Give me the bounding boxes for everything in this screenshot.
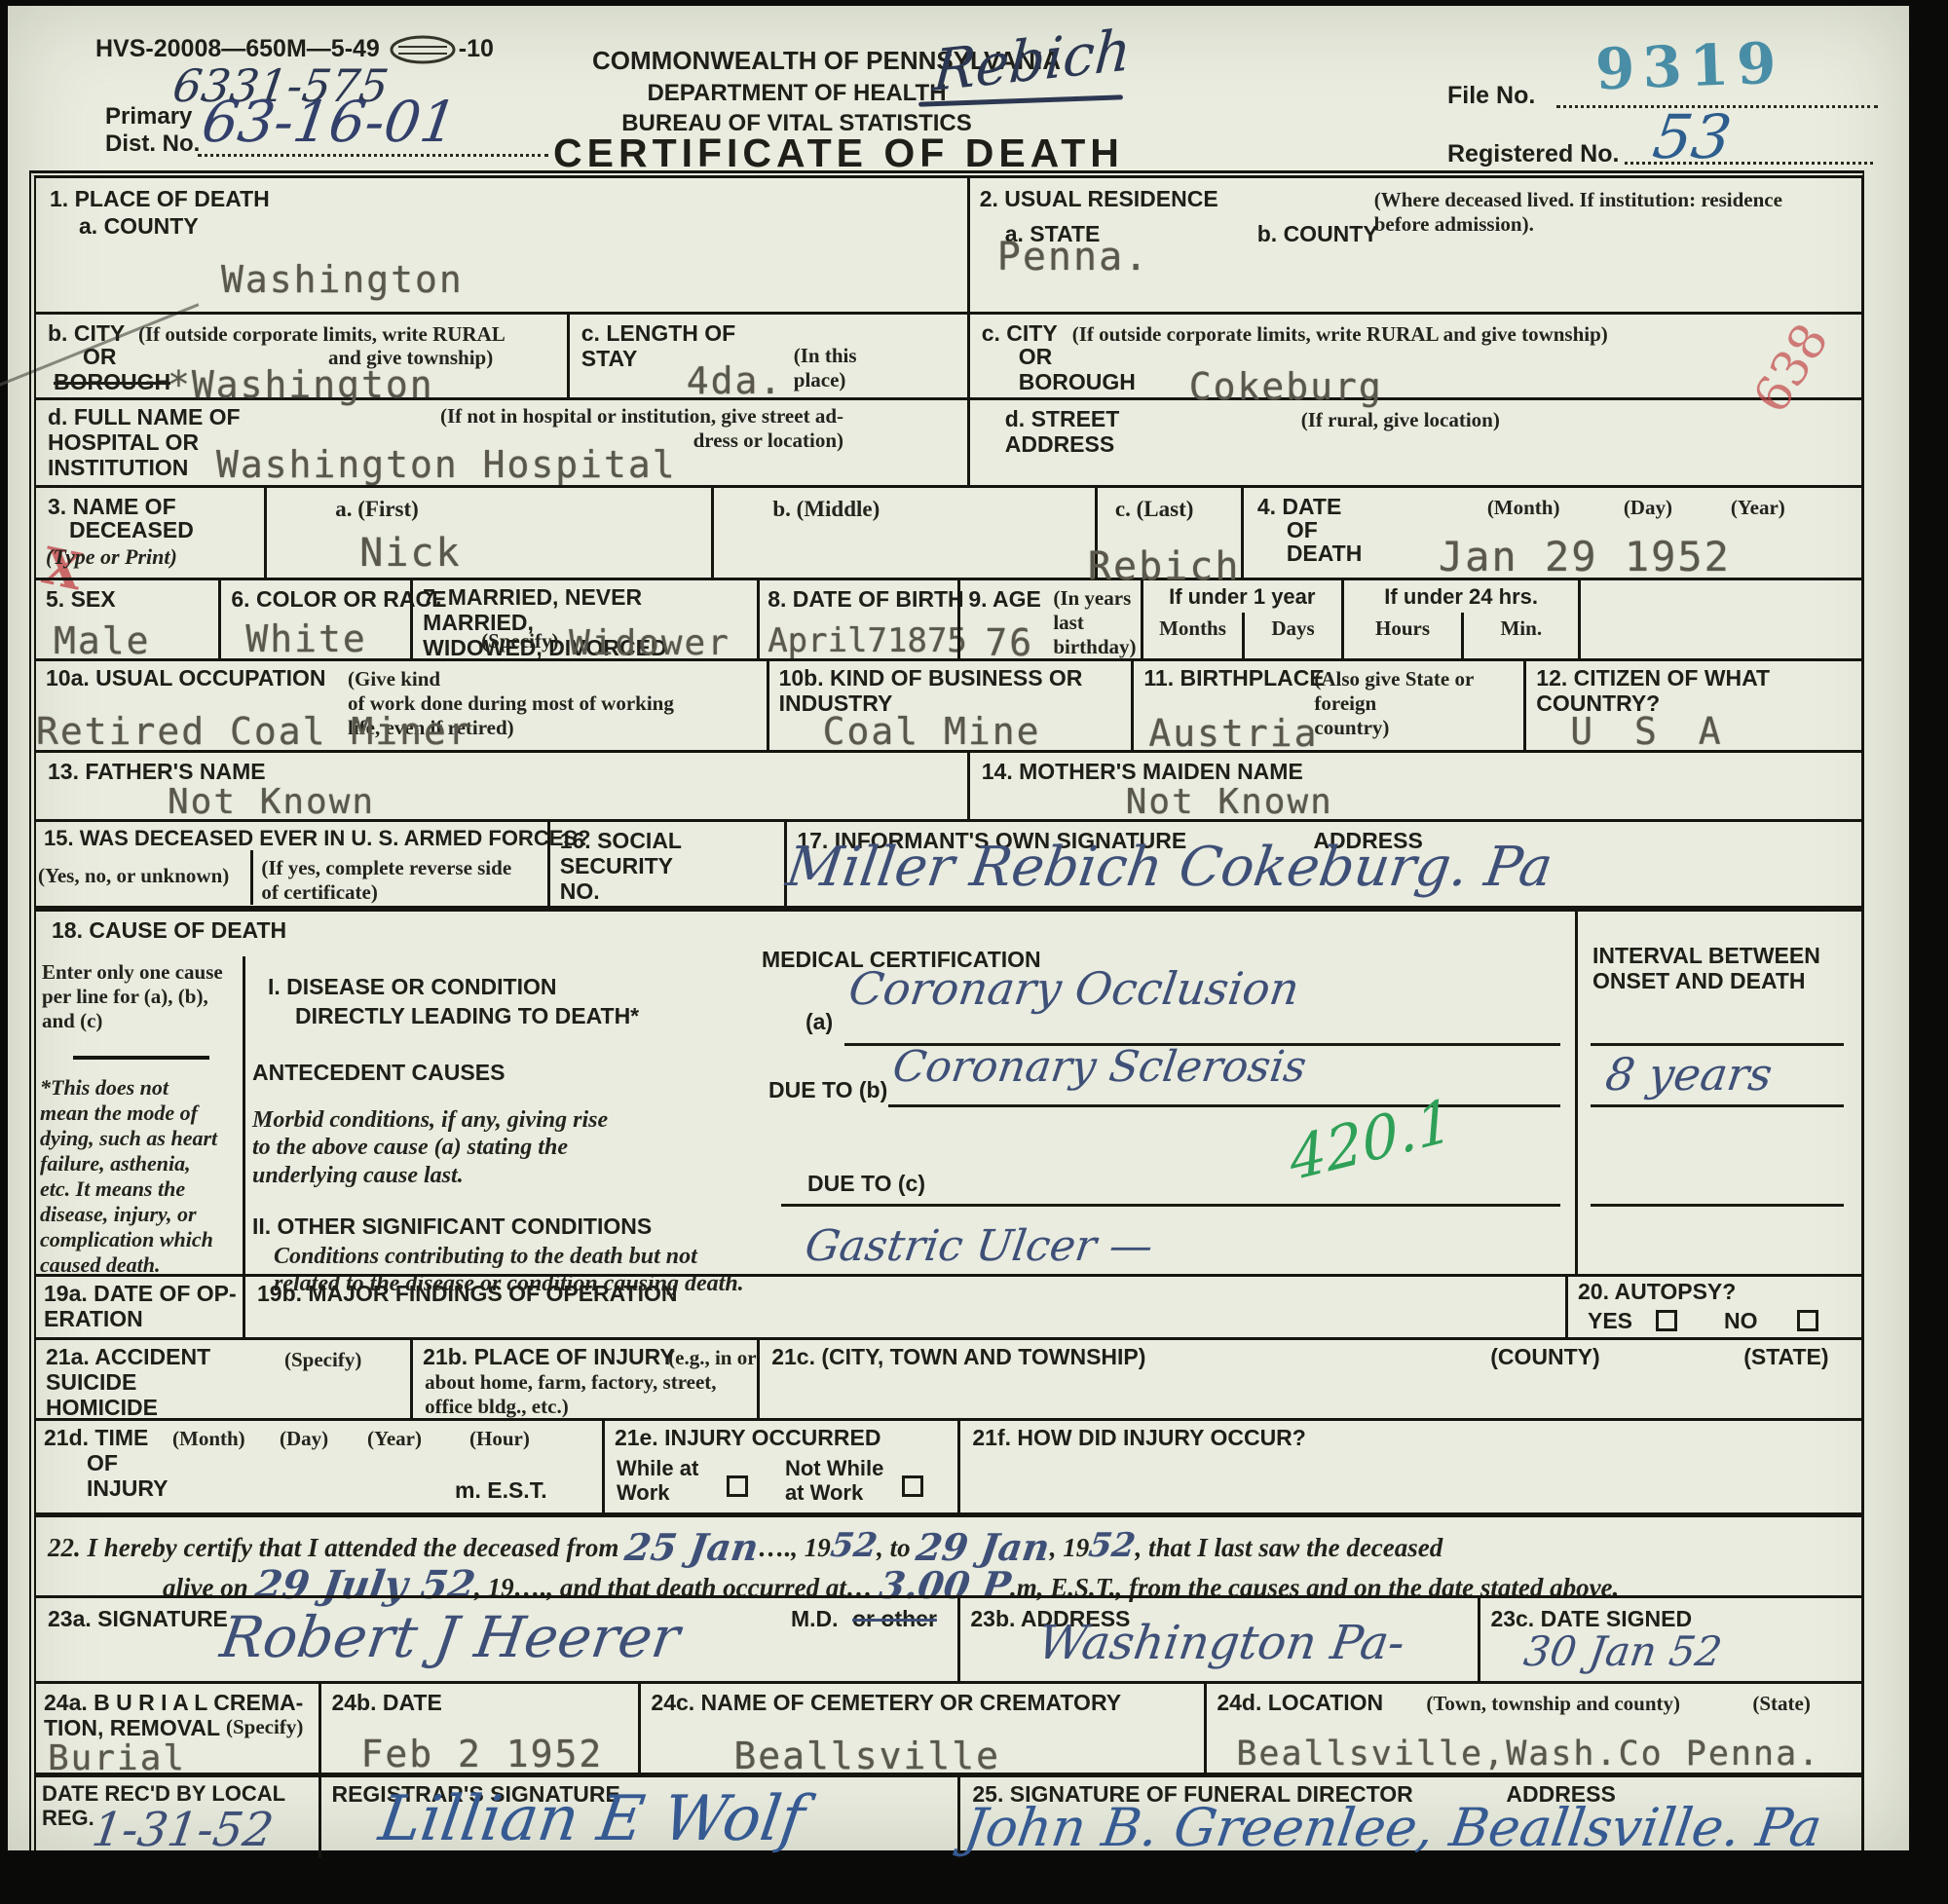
field-major-findings: 19b. MAJOR FINDINGS OF OPERATION xyxy=(243,1277,1565,1337)
checkbox-while-at-work xyxy=(727,1475,748,1497)
field-birthplace: 11. BIRTHPLACE (Also give State or forei… xyxy=(1131,661,1523,750)
s21d-t1: 21d. TIME xyxy=(44,1425,148,1450)
certificate-title: CERTIFICATE OF DEATH xyxy=(553,131,1040,176)
cause-b-line xyxy=(888,1104,1560,1107)
field-cemetery-name: 24c. NAME OF CEMETERY OR CREMATORY Beall… xyxy=(638,1684,1204,1773)
field-date-of-operation: 19a. DATE OF OP- ERATION xyxy=(36,1277,243,1337)
row-cause-of-death: 18. CAUSE OF DEATH Enter only one cause … xyxy=(36,906,1861,1274)
s1b-note1: (If outside corporate limits, write RURA… xyxy=(138,322,506,347)
field-ssn: 16. SOCIAL SECURITY NO. xyxy=(547,822,785,906)
s4-day-label: (Day) xyxy=(1624,496,1672,520)
cause-c-code: 420.1 xyxy=(1287,1086,1456,1195)
s21c-state: (STATE) xyxy=(1743,1344,1828,1369)
s1-title: 1. PLACE OF DEATH xyxy=(50,186,270,211)
s23a-label: 23a. SIGNATURE xyxy=(48,1606,228,1631)
checkbox-not-while-at-work xyxy=(902,1475,923,1497)
s2c-borough-label: BOROUGH xyxy=(1019,369,1136,394)
s3b-label: b. (Middle) xyxy=(772,496,880,522)
row-certify-statement: 22. I hereby certify that I attended the… xyxy=(36,1512,1861,1595)
field-last-name: c. (Last) Rebich xyxy=(1095,488,1241,578)
certify-hw-year2: 52 xyxy=(1086,1526,1138,1565)
s18-b-label: DUE TO (b) xyxy=(768,1077,887,1102)
field-sex: 5. SEX Male xyxy=(36,580,218,658)
s4-value: Jan 29 1952 xyxy=(1439,533,1731,580)
s1d-label: d. FULL NAME OF HOSPITAL OR INSTITUTION xyxy=(48,404,241,481)
s4-title2: OF xyxy=(1287,517,1318,542)
interval-b-line xyxy=(1591,1104,1844,1107)
field-registrar-signature: REGISTRAR'S SIGNATURE Lillian E Wolf xyxy=(318,1777,957,1858)
s15-note1: (Yes, no, or unknown) xyxy=(36,850,250,905)
funeral-director-signature: John B. Greenlee, Beallsville. Pa xyxy=(961,1797,1826,1858)
s3a-value: Nick xyxy=(359,531,461,576)
field-residence-state-county: 2. USUAL RESIDENCE (Where deceased lived… xyxy=(970,178,1861,315)
s2c-label: c. CITY xyxy=(982,320,1058,346)
row-registrar: DATE REC'D BY LOCAL REG. 1-31-52 REGISTR… xyxy=(36,1773,1861,1858)
field-county-of-death: 1. PLACE OF DEATH a. COUNTY Washington xyxy=(36,178,967,315)
s3-title1: 3. NAME OF xyxy=(48,494,176,519)
section-22: 22. I hereby certify that I attended the… xyxy=(36,1517,1861,1595)
s11-value: Austria xyxy=(1148,712,1318,755)
row-burial: 24a. B U R I A L CREMA- TION, REMOVAL (S… xyxy=(36,1681,1861,1773)
s5-value: Male xyxy=(54,619,151,662)
section-1-place-of-death: 1. PLACE OF DEATH a. COUNTY Washington b… xyxy=(36,178,967,485)
other-conditions-value: Gastric Ulcer — xyxy=(802,1221,1155,1271)
row-injury-time: 21d. TIME OF INJURY (Month) (Day) (Year)… xyxy=(36,1418,1861,1512)
interval-c-line xyxy=(1591,1204,1844,1207)
file-no-stamp: 9319 xyxy=(1594,30,1785,103)
checkbox-autopsy-no xyxy=(1797,1310,1818,1331)
dist-no-label: Dist. No. xyxy=(105,131,200,157)
certificate-form: 1. PLACE OF DEATH a. COUNTY Washington b… xyxy=(29,170,1864,1850)
s21d-year: (Year) xyxy=(367,1427,422,1451)
field-marital-status: 7. MARRIED, NEVER MARRIED, WIDOWED, DIVO… xyxy=(410,580,757,658)
field-physician-signature: 23a. SIGNATURE Robert J Heerer M.D. or o… xyxy=(36,1598,957,1681)
field-date-received: DATE REC'D BY LOCAL REG. 1-31-52 xyxy=(36,1777,318,1858)
physician-address-value: Washington Pa- xyxy=(1034,1616,1408,1670)
field-injury-city-county-state: 21c. (CITY, TOWN AND TOWNSHIP) (COUNTY) … xyxy=(757,1340,1861,1418)
dist-no-value: 63-16-01 xyxy=(198,89,461,155)
certify-c3: , to xyxy=(877,1533,911,1562)
md-label: M.D. xyxy=(791,1606,839,1631)
field-injury-occurred: 21e. INJURY OCCURRED While at Work Not W… xyxy=(602,1421,957,1512)
s21d-est: m. E.S.T. xyxy=(455,1477,547,1503)
certify-c5: , that I last saw the deceased xyxy=(1136,1533,1443,1562)
s18-a-label: (a) xyxy=(805,1009,833,1034)
field-color-race: 6. COLOR OR RACE White xyxy=(218,580,410,658)
row-sex-race-marital-birth-age: 5. SEX Male 6. COLOR OR RACE White 7. MA… xyxy=(36,578,1861,658)
s18-ii-label: II. OTHER SIGNIFICANT CONDITIONS xyxy=(252,1213,652,1239)
field-age: 9. AGE (In years last birthday) 76 xyxy=(957,580,1140,658)
row-parents: 13. FATHER'S NAME Not Known 14. MOTHER'S… xyxy=(36,750,1861,819)
s2b-label: b. COUNTY xyxy=(1257,221,1378,246)
s24c-label: 24c. NAME OF CEMETERY OR CREMATORY xyxy=(651,1690,1121,1715)
dist-no-line xyxy=(198,154,548,157)
s20-label: 20. AUTOPSY? xyxy=(1578,1279,1736,1304)
s18-divider xyxy=(243,956,245,1274)
field-date-of-birth: 8. DATE OF BIRTH April71875 xyxy=(757,580,957,658)
s21d-month: (Month) xyxy=(172,1427,245,1451)
s3-title2: DECEASED xyxy=(69,517,194,542)
s6-value: White xyxy=(245,617,366,660)
antecedent-label: ANTECEDENT CAUSES xyxy=(252,1060,505,1085)
field-under-1-year: If under 1 year Months Days xyxy=(1141,580,1341,658)
field-burial-type: 24a. B U R I A L CREMA- TION, REMOVAL (S… xyxy=(36,1684,318,1773)
s5-label: 5. SEX xyxy=(46,586,116,612)
under-24-label: If under 24 hrs. xyxy=(1344,580,1579,609)
s9-label: 9. AGE xyxy=(968,586,1041,612)
date-received-value: 1-31-52 xyxy=(89,1803,277,1857)
union-label-icon xyxy=(389,35,457,64)
s18-i1: I. DISEASE OR CONDITION xyxy=(268,974,556,999)
s16-label: 16. SOCIAL SECURITY NO. xyxy=(560,828,785,905)
field-place-of-injury: 21b. PLACE OF INJURY (e.g., in or about … xyxy=(410,1340,757,1418)
checkbox-autopsy-yes xyxy=(1656,1310,1677,1331)
s1a-value: Washington xyxy=(221,258,464,301)
field-cemetery-location: 24d. LOCATION (Town, township and county… xyxy=(1204,1684,1861,1773)
cemetery-location-value: Beallsville,Wash.Co Penna. xyxy=(1236,1735,1820,1773)
s1c-note: (In this place) xyxy=(794,344,857,392)
not-while-at-work-label: Not While at Work xyxy=(785,1456,883,1505)
field-usual-occupation: 10a. USUAL OCCUPATION (Give kind of work… xyxy=(36,661,767,750)
row-injury-place: 21a. ACCIDENT SUICIDE HOMICIDE (Specify)… xyxy=(36,1337,1861,1418)
s21e-label: 21e. INJURY OCCURRED xyxy=(615,1425,881,1450)
cause-c-line xyxy=(781,1204,1560,1207)
physician-signature: Robert J Heerer xyxy=(216,1604,684,1670)
row-armedforces-ssn-informant: 15. WAS DECEASED EVER IN U. S. ARMED FOR… xyxy=(36,819,1861,906)
row-name-dateofdeath: 3. NAME OF DECEASED (Type or Print) a. (… xyxy=(36,485,1861,578)
field-burial-date: 24b. DATE Feb 2 1952 xyxy=(318,1684,638,1773)
interval-label-2: ONSET AND DEATH xyxy=(1592,968,1806,993)
primary-dist-label: Primary xyxy=(105,103,192,130)
s24d-label: 24d. LOCATION xyxy=(1217,1690,1383,1715)
field-physician-address: 23b. ADDRESS Washington Pa- xyxy=(957,1598,1478,1681)
field-time-of-injury: 21d. TIME OF INJURY (Month) (Day) (Year)… xyxy=(36,1421,602,1512)
row-operation-autopsy: 19a. DATE OF OP- ERATION 19b. MAJOR FIND… xyxy=(36,1274,1861,1337)
s18-sidebar-rule xyxy=(73,1056,209,1060)
date-signed-value: 30 Jan 52 xyxy=(1521,1627,1725,1675)
days-label: Days xyxy=(1242,613,1341,659)
s7-specify: (Specify) xyxy=(481,629,558,653)
s10a-value: Retired Coal Miner xyxy=(36,710,472,753)
field-autopsy: 20. AUTOPSY? YES NO xyxy=(1565,1277,1861,1337)
s2-title-note: (Where deceased lived. If institution: r… xyxy=(1374,188,1782,237)
s21a-specify: (Specify) xyxy=(284,1348,361,1372)
s21b-note: (e.g., in or about home, farm, factory, … xyxy=(425,1346,756,1418)
interval-b-value: 8 years xyxy=(1602,1048,1776,1101)
field-accident-suicide-homicide: 21a. ACCIDENT SUICIDE HOMICIDE (Specify) xyxy=(36,1340,410,1418)
autopsy-yes-label: YES xyxy=(1588,1308,1632,1333)
s4-month-label: (Month) xyxy=(1487,496,1560,520)
s3c-value: Rebich xyxy=(1088,544,1241,589)
s7-value: Widower xyxy=(569,623,730,663)
while-at-work-label: While at Work xyxy=(617,1456,698,1505)
field-city-of-death: b. CITY (If outside corporate limits, wr… xyxy=(36,315,567,397)
s10b-label: 10b. KIND OF BUSINESS OR INDUSTRY xyxy=(779,665,1083,716)
field-first-name: a. (First) Nick xyxy=(264,488,711,578)
certificate-paper: HVS-20008—650M—5-49 -10 6331-575 Primary… xyxy=(8,6,1909,1850)
row-place-residence: 1. PLACE OF DEATH a. COUNTY Washington b… xyxy=(36,178,1861,485)
autopsy-no-label: NO xyxy=(1724,1308,1758,1333)
s2d-note: (If rural, give location) xyxy=(1301,408,1500,432)
informant-signature: Miller Rebich Cokeburg. Pa xyxy=(783,836,1557,899)
field-armed-forces: 15. WAS DECEASED EVER IN U. S. ARMED FOR… xyxy=(36,822,547,906)
morbid-note: Morbid conditions, if any, giving rise t… xyxy=(252,1106,608,1189)
s2d-label: d. STREET ADDRESS xyxy=(1005,406,1120,457)
s24a-specify: (Specify) xyxy=(226,1715,303,1739)
cause-a-value: Coronary Occlusion xyxy=(845,962,1302,1015)
certify-c4: , 19 xyxy=(1050,1533,1090,1562)
s21c-county: (COUNTY) xyxy=(1490,1344,1599,1369)
hours-label: Hours xyxy=(1344,613,1461,659)
s21a-label: 21a. ACCIDENT SUICIDE HOMICIDE xyxy=(46,1344,210,1421)
s18-title: 18. CAUSE OF DEATH xyxy=(52,917,286,943)
field-date-signed: 23c. DATE SIGNED 30 Jan 52 xyxy=(1478,1598,1861,1681)
s12-label: 12. CITIZEN OF WHAT COUNTRY? xyxy=(1536,665,1770,716)
field-citizen: 12. CITIZEN OF WHAT COUNTRY? U S A xyxy=(1523,661,1861,750)
row-occupation-birthplace-citizen: 10a. USUAL OCCUPATION (Give kind of work… xyxy=(36,658,1861,750)
s18-interval-divider xyxy=(1575,912,1578,1274)
s21d-t3: INJURY xyxy=(87,1475,169,1501)
certify-c2: …., 19 xyxy=(759,1533,831,1562)
s13-value: Not Known xyxy=(168,782,375,822)
field-how-injury-occurred: 21f. HOW DID INJURY OCCUR? xyxy=(957,1421,1861,1512)
s2a-value: Penna. xyxy=(997,235,1150,280)
min-label: Min. xyxy=(1461,613,1578,659)
s14-value: Not Known xyxy=(1126,782,1333,822)
field-middle-name: b. (Middle) xyxy=(711,488,1095,578)
s18-note2: *This does not mean the mode of dying, s… xyxy=(40,1075,240,1278)
s10b-value: Coal Mine xyxy=(823,710,1041,753)
s1b-label: b. CITY xyxy=(48,320,125,346)
s14-label: 14. MOTHER'S MAIDEN NAME xyxy=(982,759,1303,784)
s3a-label: a. (First) xyxy=(335,496,419,522)
field-funeral-director: 25. SIGNATURE OF FUNERAL DIRECTOR ADDRES… xyxy=(957,1777,1861,1858)
s1b-borough-label: BOROUGH xyxy=(54,369,170,394)
s3-title3: (Type or Print) xyxy=(46,544,177,570)
certify-c1: 22. I hereby certify that I attended the… xyxy=(48,1533,618,1562)
or-other-label: or other xyxy=(852,1606,937,1631)
field-industry: 10b. KIND OF BUSINESS OR INDUSTRY Coal M… xyxy=(767,661,1132,750)
scanned-death-certificate: { "colors":{"paper":"#e9ecdf","ink_blue"… xyxy=(0,0,1948,1904)
s19b-label: 19b. MAJOR FINDINGS OF OPERATION xyxy=(257,1281,678,1306)
s15-note2: (If yes, complete reverse side of certif… xyxy=(250,850,546,905)
s19a-label: 19a. DATE OF OP- ERATION xyxy=(44,1281,237,1331)
form-number-suffix: -10 xyxy=(459,35,494,62)
s1a-label: a. COUNTY xyxy=(79,213,199,239)
s24b-label: 24b. DATE xyxy=(331,1690,441,1715)
field-informant: 17. INFORMANT'S OWN SIGNATURE ADDRESS Mi… xyxy=(784,822,1861,906)
s24d-note: (Town, township and county) xyxy=(1426,1692,1680,1716)
s24d-state-note: (State) xyxy=(1752,1692,1810,1716)
field-mother-name: 14. MOTHER'S MAIDEN NAME Not Known xyxy=(967,753,1861,819)
months-label: Months xyxy=(1143,613,1243,659)
field-hospital-name: d. FULL NAME OF HOSPITAL OR INSTITUTION … xyxy=(36,400,967,482)
s4-title3: DEATH xyxy=(1287,541,1363,566)
s2c-or: OR xyxy=(1019,344,1053,369)
s10a-label: 10a. USUAL OCCUPATION xyxy=(46,665,326,691)
s4-title1: 4. DATE xyxy=(1257,494,1341,519)
interval-a-line xyxy=(1591,1043,1844,1046)
field-under-24-hrs: If under 24 hrs. Hours Min. xyxy=(1341,580,1579,658)
s2-title: 2. USUAL RESIDENCE xyxy=(980,186,1218,211)
s18-c-label: DUE TO (c) xyxy=(807,1171,925,1196)
handwritten-surname: Rebich xyxy=(931,17,1133,104)
s1d-value: Washington Hospital xyxy=(216,443,677,486)
s8-label: 8. DATE OF BIRTH xyxy=(768,586,963,612)
certify-line-1: 22. I hereby certify that I attended the… xyxy=(48,1521,1442,1565)
s15-label: 15. WAS DECEASED EVER IN U. S. ARMED FOR… xyxy=(36,822,547,850)
s21f-label: 21f. HOW DID INJURY OCCUR? xyxy=(972,1425,1305,1450)
form-number-text: HVS-20008—650M—5-49 xyxy=(95,35,380,62)
section-2-usual-residence: 2. USUAL RESIDENCE (Where deceased lived… xyxy=(967,178,1861,485)
registered-no-value: 53 xyxy=(1649,101,1736,172)
s21d-hour: (Hour) xyxy=(469,1427,530,1451)
field-length-of-stay: c. LENGTH OF STAY (In this place) 4da. xyxy=(567,315,967,397)
s1b-or: OR xyxy=(83,344,117,369)
s1c-value: 4da. xyxy=(687,359,784,402)
s4-year-label: (Year) xyxy=(1731,496,1785,520)
s13-label: 13. FATHER'S NAME xyxy=(48,759,266,784)
cause-b-value: Coronary Sclerosis xyxy=(889,1042,1309,1092)
s21d-t2: OF xyxy=(87,1450,118,1475)
s21c-label: 21c. (CITY, TOWN AND TOWNSHIP) xyxy=(771,1344,1145,1369)
field-city-and-stay: b. CITY (If outside corporate limits, wr… xyxy=(36,315,967,400)
field-date-of-death: 4. DATE OF DEATH (Month) (Day) (Year) Ja… xyxy=(1241,488,1861,578)
field-residence-street: d. STREET ADDRESS (If rural, give locati… xyxy=(970,400,1861,482)
registered-no-label: Registered No. xyxy=(1447,140,1619,168)
field-age-spare xyxy=(1578,580,1861,658)
s21d-day: (Day) xyxy=(280,1427,328,1451)
interval-label-1: INTERVAL BETWEEN xyxy=(1592,943,1820,968)
certify-hw-year1: 52 xyxy=(828,1526,880,1565)
s18-i2: DIRECTLY LEADING TO DEATH* xyxy=(295,1003,639,1028)
s9-note: (In years last birthday) xyxy=(1053,586,1140,658)
row-physician: 23a. SIGNATURE Robert J Heerer M.D. or o… xyxy=(36,1595,1861,1681)
header: HVS-20008—650M—5-49 -10 6331-575 Primary… xyxy=(8,6,1909,170)
cemetery-name-value: Beallsville xyxy=(733,1735,1000,1777)
file-no-label: File No. xyxy=(1447,82,1535,110)
s11-label: 11. BIRTHPLACE xyxy=(1143,665,1324,691)
s18-note1: Enter only one cause per line for (a), (… xyxy=(42,960,237,1032)
section-18: 18. CAUSE OF DEATH Enter only one cause … xyxy=(36,912,1861,1274)
s8-value: April71875 xyxy=(768,621,967,660)
registrar-signature: Lillian E Wolf xyxy=(375,1783,809,1855)
s3c-label: c. (Last) xyxy=(1115,496,1193,522)
s11-note: (Also give State or foreign country) xyxy=(1314,667,1523,739)
field-residence-city: c. CITY (If outside corporate limits, wr… xyxy=(970,315,1861,400)
s12-value: U S A xyxy=(1570,710,1730,753)
burial-date-value: Feb 2 1952 xyxy=(360,1733,603,1775)
s2c-note: (If outside corporate limits, write RURA… xyxy=(1072,322,1608,347)
field-father-name: 13. FATHER'S NAME Not Known xyxy=(36,753,967,819)
field-name-caption: 3. NAME OF DECEASED (Type or Print) xyxy=(36,488,264,578)
